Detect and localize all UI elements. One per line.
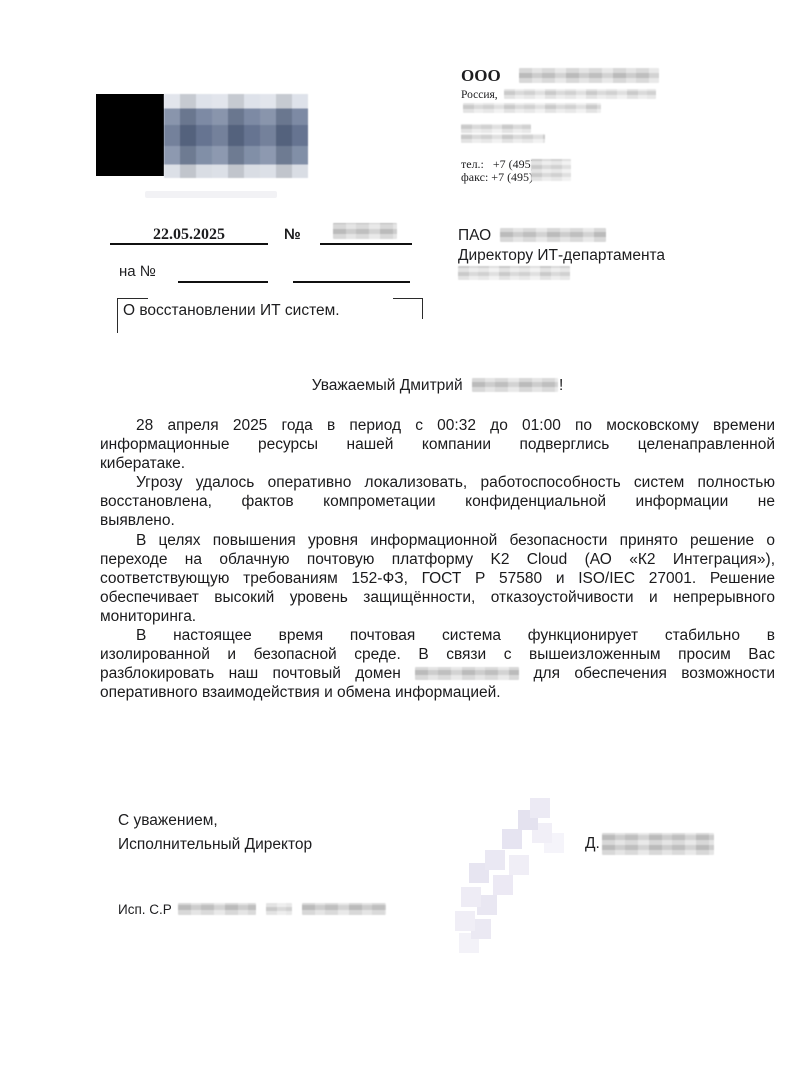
number-underline	[320, 243, 412, 245]
org-type-label: ООО	[461, 66, 501, 85]
redacted-logo-tagline	[145, 191, 277, 198]
recipient-org-prefix: ПАО	[458, 227, 491, 244]
reply-to-label: на №	[119, 263, 156, 280]
body-line: В настоящее время почтовая система функц…	[100, 626, 775, 645]
subject-bracket-right	[393, 298, 423, 319]
signer-name-line: Д.	[585, 833, 714, 855]
redacted-mail-domain	[415, 667, 519, 680]
body-line: соответствующую требованиям 152-ФЗ, ГОСТ…	[100, 569, 775, 588]
executor-line: Исп. С.Р	[118, 902, 386, 917]
greeting-suffix: !	[559, 377, 563, 394]
fax-line: факс: +7 (495)	[461, 171, 533, 184]
fax-value: +7 (495)	[491, 170, 533, 184]
body-line-with-redaction: разблокировать наш почтовый домен для об…	[100, 664, 775, 683]
redacted-signer-surname	[602, 833, 714, 855]
fax-label: факс:	[461, 170, 488, 184]
redacted-address-2	[463, 103, 601, 113]
logo-black-square	[96, 94, 164, 176]
signer-initial: Д.	[585, 835, 600, 852]
body-line: выявлено.	[100, 511, 775, 530]
recipient-org-line: ПАО Директору ИТ-департамента	[458, 226, 665, 265]
signature-title: Исполнительный Директор	[118, 836, 312, 854]
redacted-outgoing-number	[333, 223, 397, 239]
letter-date: 22.05.2025	[110, 226, 268, 244]
redacted-phone-number	[531, 159, 571, 181]
redacted-recipient-name	[458, 266, 570, 280]
country-label: Россия,	[461, 89, 498, 101]
date-underline	[110, 243, 268, 245]
letter-body: 28 апреля 2025 года в период с 00:32 до …	[100, 416, 775, 702]
redacted-recipient-org	[500, 228, 606, 242]
body-line: В целях повышения уровня информационной …	[100, 531, 775, 550]
body-line: 28 апреля 2025 года в период с 00:32 до …	[100, 416, 775, 435]
redacted-executor-middle	[266, 903, 292, 915]
body-line: информационные ресурсы нашей компании по…	[100, 435, 775, 454]
signature-closing: С уважением,	[118, 812, 218, 830]
letterhead-org-line: ООО	[461, 66, 761, 86]
greeting-prefix: Уважаемый Дмитрий	[312, 377, 463, 394]
redacted-handwritten-signature	[530, 798, 550, 818]
redacted-greeting-surname	[472, 378, 558, 392]
body-line: оперативного взаимодействия и обмена инф…	[100, 683, 775, 702]
reply-underline-2	[293, 281, 410, 283]
body-line: мониторинга.	[100, 607, 775, 626]
redacted-company-name	[519, 68, 659, 83]
body-line-part: разблокировать наш почтовый домен	[100, 665, 401, 682]
subject-line: О восстановлении ИТ систем.	[123, 302, 340, 320]
greeting-line: Уважаемый Дмитрий !	[100, 377, 775, 395]
reply-underline-1	[178, 281, 268, 283]
body-line: кибератаке.	[100, 454, 775, 473]
phone-value: +7 (495)	[493, 157, 535, 171]
executor-label: Исп. С.Р	[118, 902, 172, 917]
redacted-contact-2	[461, 134, 545, 143]
letter-page: ООО Россия, тел.: +7 (495) факс: +7 (495…	[0, 0, 792, 1066]
body-line: восстановлена, фактов компрометации конф…	[100, 492, 775, 511]
redacted-executor-phone	[302, 903, 386, 915]
letterhead-address-line1: Россия,	[461, 89, 656, 101]
body-line: изолированной и безопасной среде. В связ…	[100, 645, 775, 664]
body-line: Угрозу удалось оперативно локализовать, …	[100, 473, 775, 492]
redacted-executor-name	[178, 903, 256, 915]
number-label: №	[284, 226, 301, 243]
body-line-part: для обеспечения возможности	[534, 665, 776, 682]
body-line: переходе на облачную почтовую платформу …	[100, 550, 775, 569]
recipient-position: Директору ИТ-департамента	[458, 246, 665, 266]
body-line: обеспечивает высокий уровень защищённост…	[100, 588, 775, 607]
phone-label: тел.:	[461, 157, 484, 171]
redacted-address-1	[504, 89, 656, 99]
redacted-logo-wordmark	[164, 94, 308, 178]
redacted-contact-1	[461, 124, 531, 133]
